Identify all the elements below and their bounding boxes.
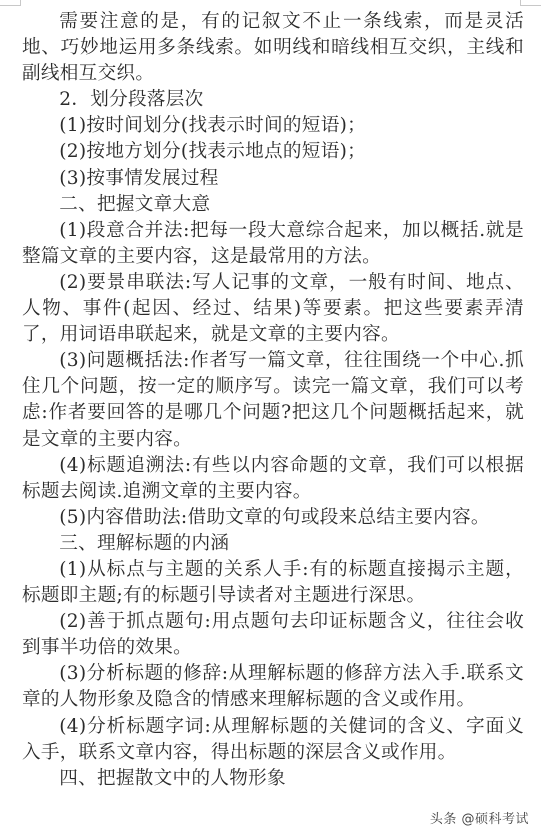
document-page: 需要注意的是，有的记叙文不止一条线索，而是灵活地、巧妙地运用多条线索。如明线和暗… xyxy=(22,9,524,792)
heading-divide-paragraphs: 2．划分段落层次 xyxy=(22,87,524,113)
tip-keywords: (4)分析标题字词:从理解标题的关健词的含义、字面义入手，联系文章内容，得出标题… xyxy=(22,714,524,766)
watermark: 头条 @硕科考试 xyxy=(430,808,529,827)
tip-rhetoric: (3)分析标题的修辞:从理解标题的修辞方法入手.联系文章的人物形象及隐含的情感来… xyxy=(22,661,524,713)
crop-mark-top-right xyxy=(520,0,541,6)
method-element-linking: (2)要景串联法:写人记事的文章，一般有时间、地点、人物、事件(起因、经过、结果… xyxy=(22,270,524,348)
method-question-summary: (3)问题概括法:作者写一篇文章，往往围绕一个中心.抓住几个问题，按一定的顺序写… xyxy=(22,348,524,452)
section-heading-characters: 四、把握散文中的人物形象 xyxy=(22,766,524,792)
list-item-by-place: (2)按地方划分(找表示地点的短语)； xyxy=(22,139,524,165)
method-title-tracing: (4)标题追溯法:有些以内容命题的文章，我们可以根据标题去阅读.追溯文章的主要内… xyxy=(22,453,524,505)
paragraph-clue-note: 需要注意的是，有的记叙文不止一条线索，而是灵活地、巧妙地运用多条线索。如明线和暗… xyxy=(22,9,524,87)
section-heading-main-idea: 二、把握文章大意 xyxy=(22,192,524,218)
method-content-borrowing: (5)内容借助法:借助文章的句或段来总结主要内容。 xyxy=(22,505,524,531)
list-item-by-time: (1)按时间划分(找表示时间的短语)； xyxy=(22,113,524,139)
tip-key-sentence: (2)善于抓点题句:用点题句去印证标题含义，往往会收到事半功倍的效果。 xyxy=(22,609,524,661)
method-merge-paragraphs: (1)段意合并法:把每一段大意综合起来，加以概括.就是整篇文章的主要内容，这是最… xyxy=(22,218,524,270)
section-heading-title-meaning: 三、理解标题的内涵 xyxy=(22,531,524,557)
tip-punctuation-theme: (1)从标点与主题的关系人手:有的标题直接揭示主题，标题即主题;有的标题引导读者… xyxy=(22,557,524,609)
list-item-by-event: (3)按事情发展过程 xyxy=(22,166,524,192)
crop-mark-top-left xyxy=(0,0,21,6)
